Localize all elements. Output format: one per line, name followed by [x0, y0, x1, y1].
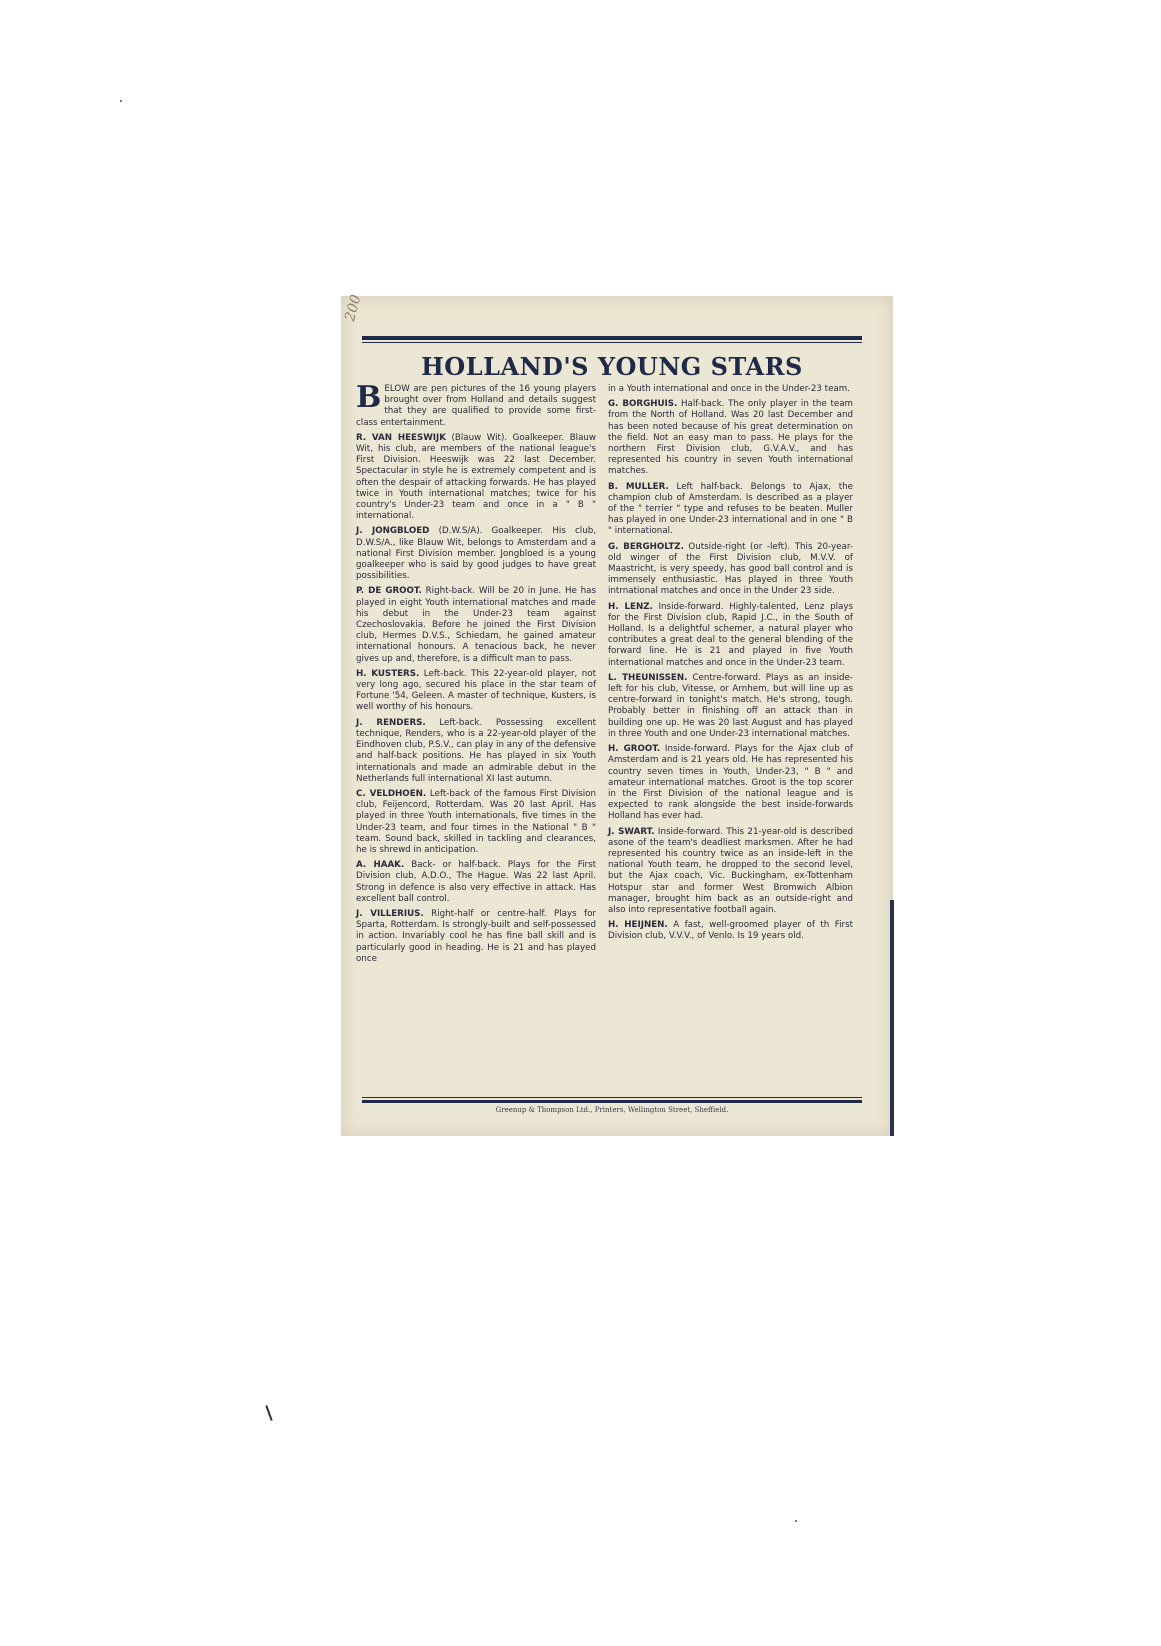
player-entry: J. VILLERIUS. Right-half or centre-half.… [356, 909, 596, 965]
player-entry: L. THEUNISSEN. Centre-forward. Plays as … [608, 673, 853, 740]
right-column: in a Youth international and once in the… [608, 384, 853, 947]
player-name: H. KUSTERS. [356, 669, 419, 679]
player-entry: H. KUSTERS. Left-back. This 22-year-old … [356, 669, 596, 714]
player-entry: J. JONGBLOED (D.W.S/A). Goalkeeper. His … [356, 526, 596, 582]
bottom-rule-thin [362, 1097, 862, 1098]
player-name: J. RENDERS. [356, 718, 426, 728]
player-description: Inside-forward. This 21-year-old is desc… [608, 827, 853, 915]
speck [120, 100, 122, 102]
player-name: H. GROOT. [608, 744, 660, 754]
player-name: J. VILLERIUS. [356, 909, 424, 919]
player-entry: C. VELDHOEN. Left-back of the famous Fir… [356, 789, 596, 856]
player-entry: P. DE GROOT. Right-back. Will be 20 in J… [356, 586, 596, 664]
player-name: C. VELDHOEN. [356, 789, 426, 799]
player-name: J. JONGBLOED [356, 526, 429, 536]
page-title: HOLLAND'S YOUNG STARS [362, 352, 862, 381]
player-name: J. SWART. [608, 827, 655, 837]
player-name: H. HEIJNEN. [608, 920, 668, 930]
player-description: Half-back. The only player in the team f… [608, 399, 853, 476]
player-entry: H. HEIJNEN. A fast, well-groomed player … [608, 920, 853, 942]
player-description: Inside-forward. Plays for the Ajax club … [608, 744, 853, 821]
intro-paragraph: BELOW are pen pictures of the 16 young p… [356, 384, 596, 429]
player-entry: B. MULLER. Left half-back. Belongs to Aj… [608, 482, 853, 538]
player-entry: in a Youth international and once in the… [608, 384, 853, 395]
player-entry: J. SWART. Inside-forward. This 21-year-o… [608, 827, 853, 917]
player-entry: G. BORGHUIS. Half-back. The only player … [608, 399, 853, 477]
player-name: H. LENZ. [608, 602, 653, 612]
right-player-list: in a Youth international and once in the… [608, 384, 853, 943]
left-column: BELOW are pen pictures of the 16 young p… [356, 384, 596, 969]
player-entry: J. RENDERS. Left-back. Possessing excell… [356, 718, 596, 785]
player-entry: G. BERGHOLTZ. Outside-right (or -left). … [608, 542, 853, 598]
page-edge-binding [890, 900, 894, 1136]
player-description: (Blauw Wit). Goalkeeper. Blauw Wit, his … [356, 433, 596, 521]
player-description: in a Youth international and once in the… [608, 384, 850, 394]
top-rule-thick [362, 336, 862, 340]
player-description: Right-back. Will be 20 in June. He has p… [356, 586, 596, 663]
player-entry: H. LENZ. Inside-forward. Highly-talented… [608, 602, 853, 669]
left-player-list: R. VAN HEESWIJK (Blauw Wit). Goalkeeper.… [356, 433, 596, 965]
player-name: B. MULLER. [608, 482, 669, 492]
intro-text: ELOW are pen pictures of the 16 young pl… [356, 384, 596, 428]
printer-credit: Greenup & Thompson Ltd., Printers, Welli… [362, 1106, 862, 1114]
player-name: G. BORGHUIS. [608, 399, 677, 409]
player-entry: H. GROOT. Inside-forward. Plays for the … [608, 744, 853, 822]
player-entry: A. HAAK. Back- or half-back. Plays for t… [356, 860, 596, 905]
player-name: L. THEUNISSEN. [608, 673, 687, 683]
top-rule-thin [362, 342, 862, 343]
player-entry: R. VAN HEESWIJK (Blauw Wit). Goalkeeper.… [356, 433, 596, 523]
drop-cap: B [356, 386, 381, 410]
player-name: A. HAAK. [356, 860, 404, 870]
speck [795, 1520, 797, 1522]
player-name: G. BERGHOLTZ. [608, 542, 684, 552]
player-name: R. VAN HEESWIJK [356, 433, 446, 443]
player-name: P. DE GROOT. [356, 586, 422, 596]
bottom-rule-thick [362, 1100, 862, 1103]
stray-mark [265, 1405, 272, 1421]
